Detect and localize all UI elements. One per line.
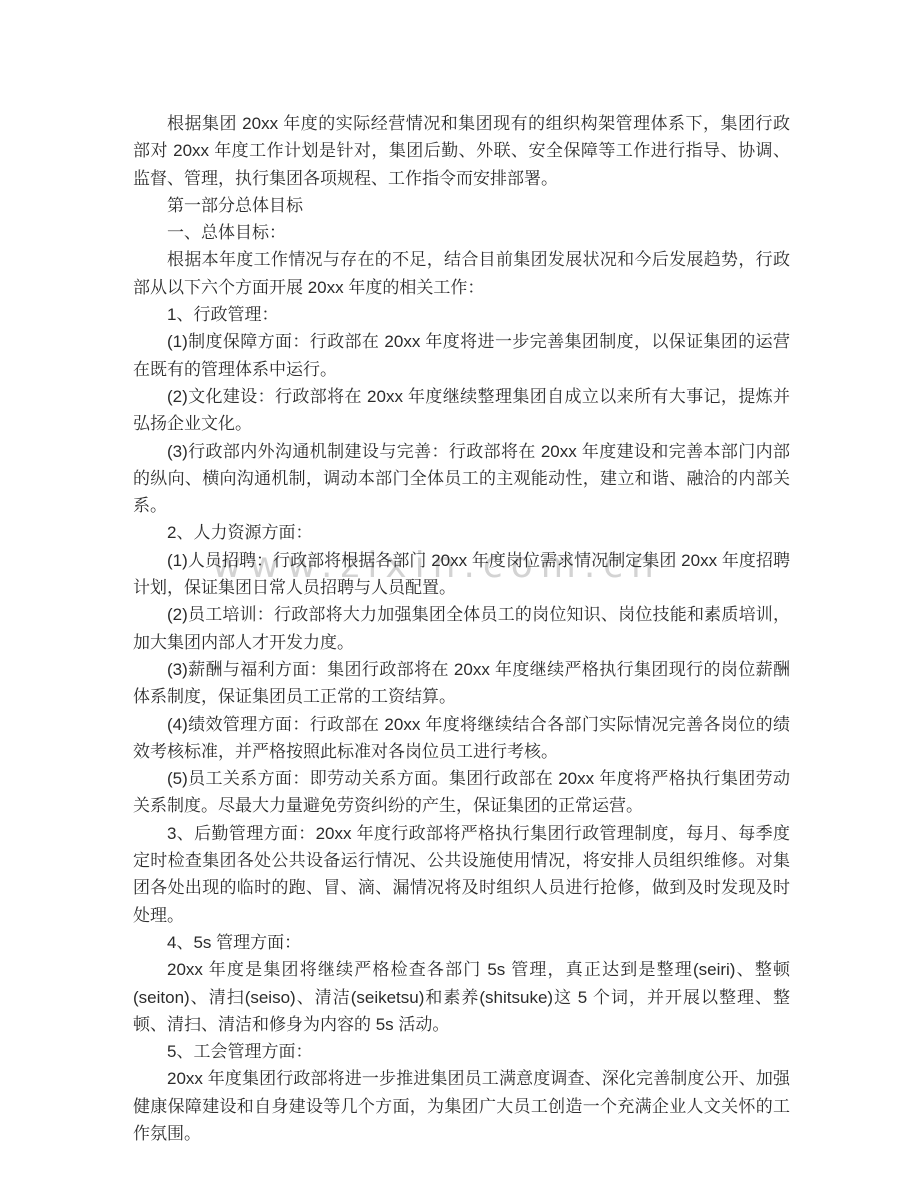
item-heading-hr: 2、人力资源方面：	[133, 519, 790, 546]
body-paragraph: (1)制度保障方面：行政部在 20xx 年度将进一步完善集团制度，以保证集团的运…	[133, 328, 790, 383]
body-paragraph: 20xx 年度集团行政部将进一步推进集团员工满意度调查、深化完善制度公开、加强健…	[133, 1065, 790, 1147]
item-heading-5s: 4、5s 管理方面：	[133, 929, 790, 956]
section-heading-overall-goal: 一、总体目标：	[133, 219, 790, 246]
body-paragraph: (2)文化建设：行政部将在 20xx 年度继续整理集团自成立以来所有大事记，提炼…	[133, 383, 790, 438]
body-paragraph: (4)绩效管理方面：行政部在 20xx 年度将继续结合各部门实际情况完善各岗位的…	[133, 711, 790, 766]
body-paragraph: (3)薪酬与福利方面：集团行政部将在 20xx 年度继续严格执行集团现行的岗位薪…	[133, 656, 790, 711]
part-heading: 第一部分总体目标	[133, 192, 790, 219]
item-heading-admin: 1、行政管理：	[133, 301, 790, 328]
page-content: 根据集团 20xx 年度的实际经营情况和集团现有的组织构架管理体系下，集团行政部…	[133, 110, 790, 1147]
body-paragraph-intro: 根据集团 20xx 年度的实际经营情况和集团现有的组织构架管理体系下，集团行政部…	[133, 110, 790, 192]
body-paragraph: (3)行政部内外沟通机制建设与完善：行政部将在 20xx 年度建设和完善本部门内…	[133, 438, 790, 520]
body-paragraph: (5)员工关系方面：即劳动关系方面。集团行政部在 20xx 年度将严格执行集团劳…	[133, 765, 790, 820]
body-paragraph: (1)人员招聘：行政部将根据各部门 20xx 年度岗位需求情况制定集团 20xx…	[133, 547, 790, 602]
document-page: www.zixin.com.cn 根据集团 20xx 年度的实际经营情况和集团现…	[0, 0, 920, 1191]
body-paragraph: (2)员工培训：行政部将大力加强集团全体员工的岗位知识、岗位技能和素质培训，加大…	[133, 601, 790, 656]
body-paragraph: 20xx 年度是集团将继续严格检查各部门 5s 管理，真正达到是整理(seiri…	[133, 956, 790, 1038]
body-paragraph: 根据本年度工作情况与存在的不足，结合目前集团发展状况和今后发展趋势，行政部从以下…	[133, 246, 790, 301]
body-paragraph-logistics: 3、后勤管理方面：20xx 年度行政部将严格执行集团行政管理制度，每月、每季度定…	[133, 820, 790, 929]
item-heading-union: 5、工会管理方面：	[133, 1038, 790, 1065]
